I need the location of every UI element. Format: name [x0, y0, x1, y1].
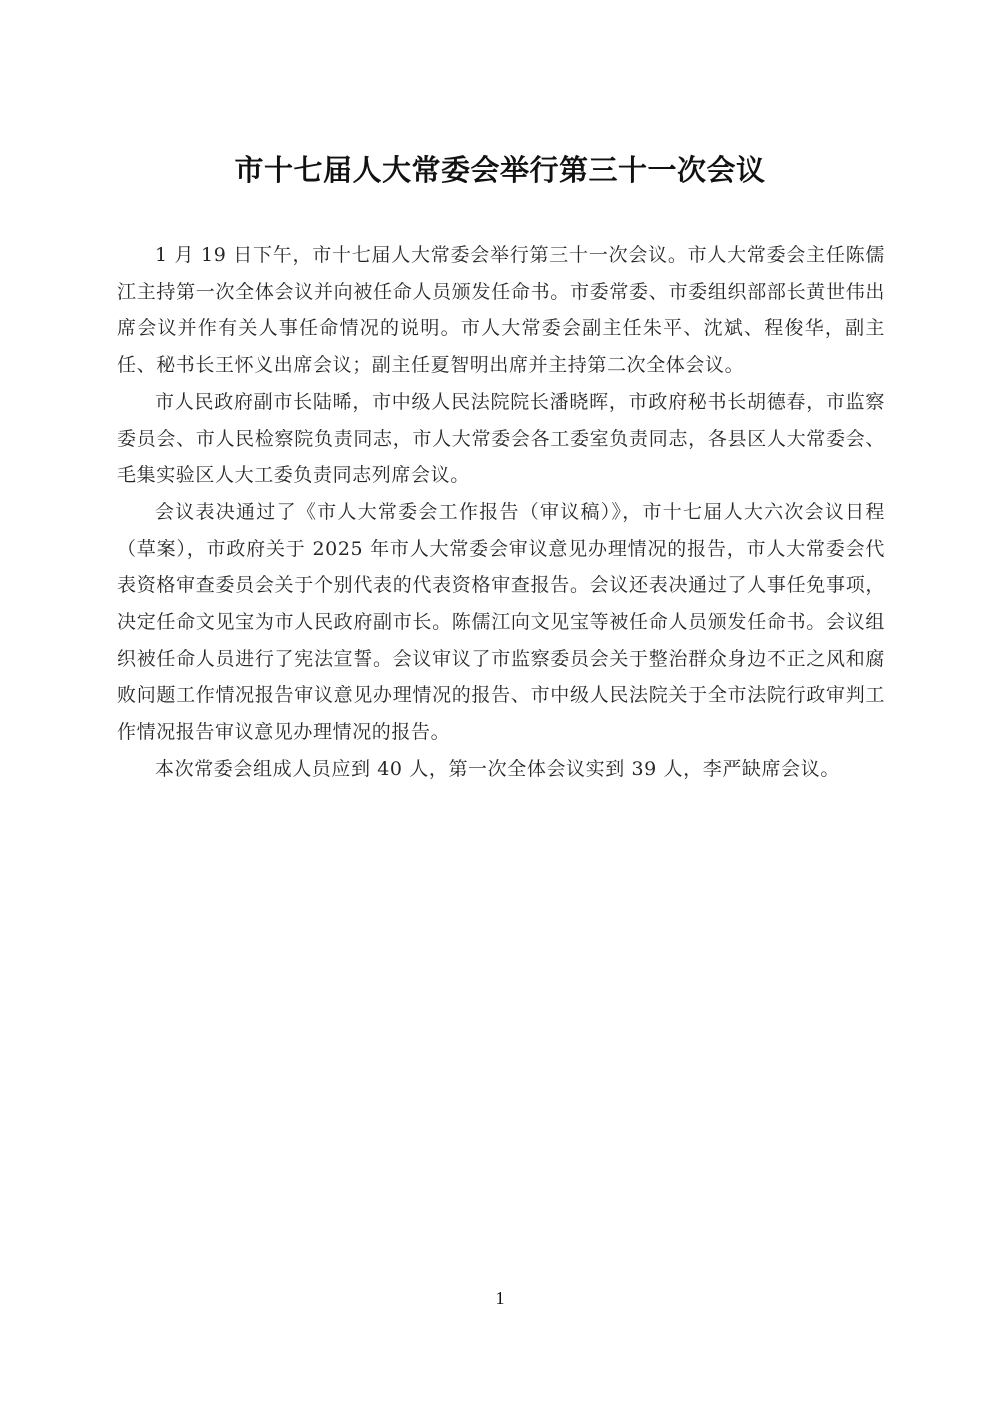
paragraph-meeting-overview: 1 月 19 日下午，市十七届人大常委会举行第三十一次会议。市人大常委会主任陈儒… — [117, 237, 885, 384]
document-page: 市十七届人大常委会举行第三十一次会议 1 月 19 日下午，市十七届人大常委会举… — [0, 0, 1000, 1415]
paragraph-attendance-count: 本次常委会组成人员应到 40 人，第一次全体会议实到 39 人，李严缺席会议。 — [117, 751, 885, 788]
paragraph-attendees: 市人民政府副市长陆晞，市中级人民法院院长潘晓晖，市政府秘书长胡德春，市监察委员会… — [117, 384, 885, 494]
document-body: 1 月 19 日下午，市十七届人大常委会举行第三十一次会议。市人大常委会主任陈儒… — [117, 237, 885, 788]
document-title: 市十七届人大常委会举行第三十一次会议 — [0, 148, 1000, 192]
paragraph-resolutions: 会议表决通过了《市人大常委会工作报告（审议稿）》，市十七届人大六次会议日程（草案… — [117, 494, 885, 751]
page-number: 1 — [0, 1288, 1000, 1309]
